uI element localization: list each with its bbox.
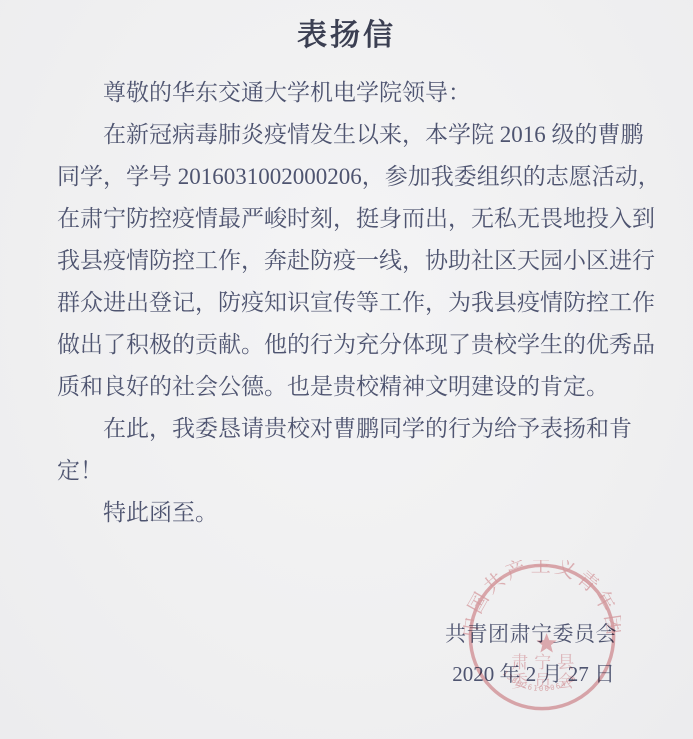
closing-line: 特此函至。 [57,492,663,534]
body-line-1: 在新冠病毒肺炎疫情发生以来，本学院 2016 级的曹鹏 [57,114,663,156]
seal-name-line1: 肃宁县 [511,652,580,672]
letter-body: 尊敬的华东交通大学机电学院领导： 在新冠病毒肺炎疫情发生以来，本学院 2016 … [57,72,663,534]
star-icon [536,633,556,652]
body-line-5: 群众进出登记，防疫知识宣传等工作，为我县疫情防控工作 [57,282,663,324]
official-red-seal: 中国共产主义青年团 肃宁县 委员会 13092610006468 [463,560,621,714]
seal-graphic: 中国共产主义青年团 肃宁县 委员会 13092610006468 [463,560,621,714]
body-line-6: 做出了积极的贡献。他的行为充分体现了贵校学生的优秀品 [57,324,663,366]
body-line-4: 我县疫情防控工作，奔赴防疫一线，协助社区天园小区进行 [57,240,663,282]
body-line-3: 在肃宁防控疫情最严峻时刻，挺身而出，无私无畏地投入到 [57,198,663,240]
body-line-2: 同学，学号 2016031002000206，参加我委组织的志愿活动， [57,156,663,198]
letter-title: 表扬信 [0,10,693,54]
body-line-7: 质和良好的社会公德。也是贵校精神文明建设的肯定。 [57,366,663,408]
body-line-8: 在此，我委恳请贵校对曹鹏同学的行为给予表扬和肯 [57,408,663,450]
body-line-9: 定！ [57,450,663,492]
commendation-letter-page: 表扬信 尊敬的华东交通大学机电学院领导： 在新冠病毒肺炎疫情发生以来，本学院 2… [0,0,693,739]
seal-ring-text: 中国共产主义青年团 [463,560,621,639]
salutation-line: 尊敬的华东交通大学机电学院领导： [57,72,663,114]
